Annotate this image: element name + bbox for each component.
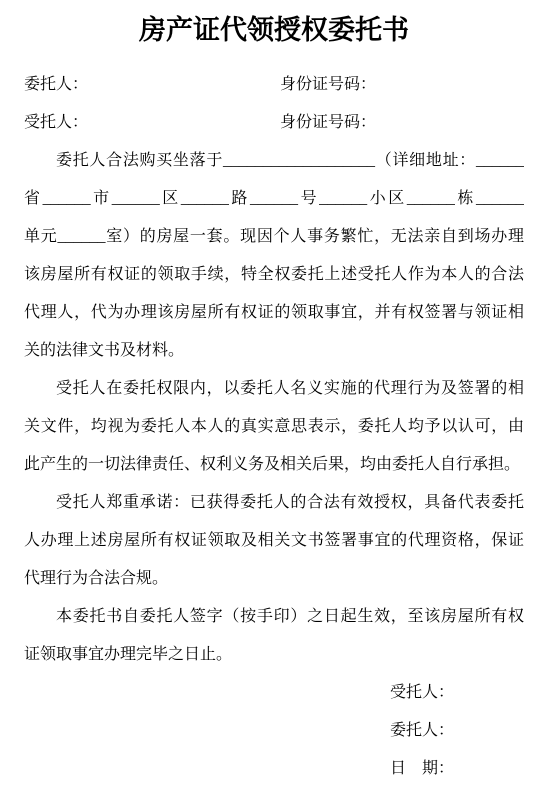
party-row: 委托人：身份证号码： [24, 66, 524, 104]
paragraph-line: 省______市______区______路______号______小区___… [24, 180, 524, 218]
parties: 委托人：身份证号码：受托人：身份证号码： [24, 66, 524, 142]
signature-line: 日 期： [390, 750, 524, 788]
paragraph: 受托人在委托权限内，以委托人名义实施的代理行为及签署的相关文件，均视为委托人本人… [24, 370, 524, 484]
signature-line: 委托人： [390, 712, 524, 750]
paragraph: 受托人郑重承诺：已获得委托人的合法有效授权，具备代表委托人办理上述房屋所有权证领… [24, 484, 524, 598]
document-title: 房产证代领授权委托书 [24, 8, 524, 52]
paragraph-line: 代理人，代为办理该房屋所有权证的领取事宜，并有权签署与领证相 [24, 294, 524, 332]
document-page: 房产证代领授权委托书 委托人：身份证号码：受托人：身份证号码： 委托人合法购买坐… [0, 0, 548, 805]
paragraph-line: 本委托书自委托人签字（按手印）之日起生效，至该房屋所有权 [24, 598, 524, 636]
signature-line: 受托人： [390, 674, 524, 712]
paragraph-line: 此产生的一切法律责任、权利义务及相关后果，均由委托人自行承担。 [24, 446, 524, 484]
party-row: 受托人：身份证号码： [24, 104, 524, 142]
paragraph-line: 关的法律文书及材料。 [24, 332, 524, 370]
paragraph-line: 单元______室）的房屋一套。现因个人事务繁忙，无法亲自到场办理 [24, 218, 524, 256]
paragraph-line: 该房屋所有权证的领取手续，特全权委托上述受托人作为本人的合法 [24, 256, 524, 294]
paragraph-line: 人办理上述房屋所有权证领取及相关文书签署事宜的代理资格，保证 [24, 522, 524, 560]
id-number-label: 身份证号码： [280, 66, 376, 104]
paragraph-line: 关文件，均视为委托人本人的真实意思表示，委托人均予以认可，由 [24, 408, 524, 446]
paragraph-line: 委托人合法购买坐落于___________________（详细地址：_____… [24, 142, 524, 180]
signature-block: 受托人：委托人：日 期： [390, 674, 524, 788]
paragraph-line: 受托人在委托权限内，以委托人名义实施的代理行为及签署的相 [24, 370, 524, 408]
document-body: 委托人：身份证号码：受托人：身份证号码： 委托人合法购买坐落于_________… [24, 66, 524, 788]
party-label: 委托人： [24, 76, 88, 93]
paragraph: 委托人合法购买坐落于___________________（详细地址：_____… [24, 142, 524, 370]
paragraph-line: 代理行为合法合规。 [24, 560, 524, 598]
id-number-label: 身份证号码： [280, 104, 376, 142]
paragraph: 本委托书自委托人签字（按手印）之日起生效，至该房屋所有权证领取事宜办理完毕之日止… [24, 598, 524, 674]
paragraph-line: 证领取事宜办理完毕之日止。 [24, 636, 524, 674]
party-label: 受托人： [24, 114, 88, 131]
paragraph-line: 受托人郑重承诺：已获得委托人的合法有效授权，具备代表委托 [24, 484, 524, 522]
paragraphs: 委托人合法购买坐落于___________________（详细地址：_____… [24, 142, 524, 674]
